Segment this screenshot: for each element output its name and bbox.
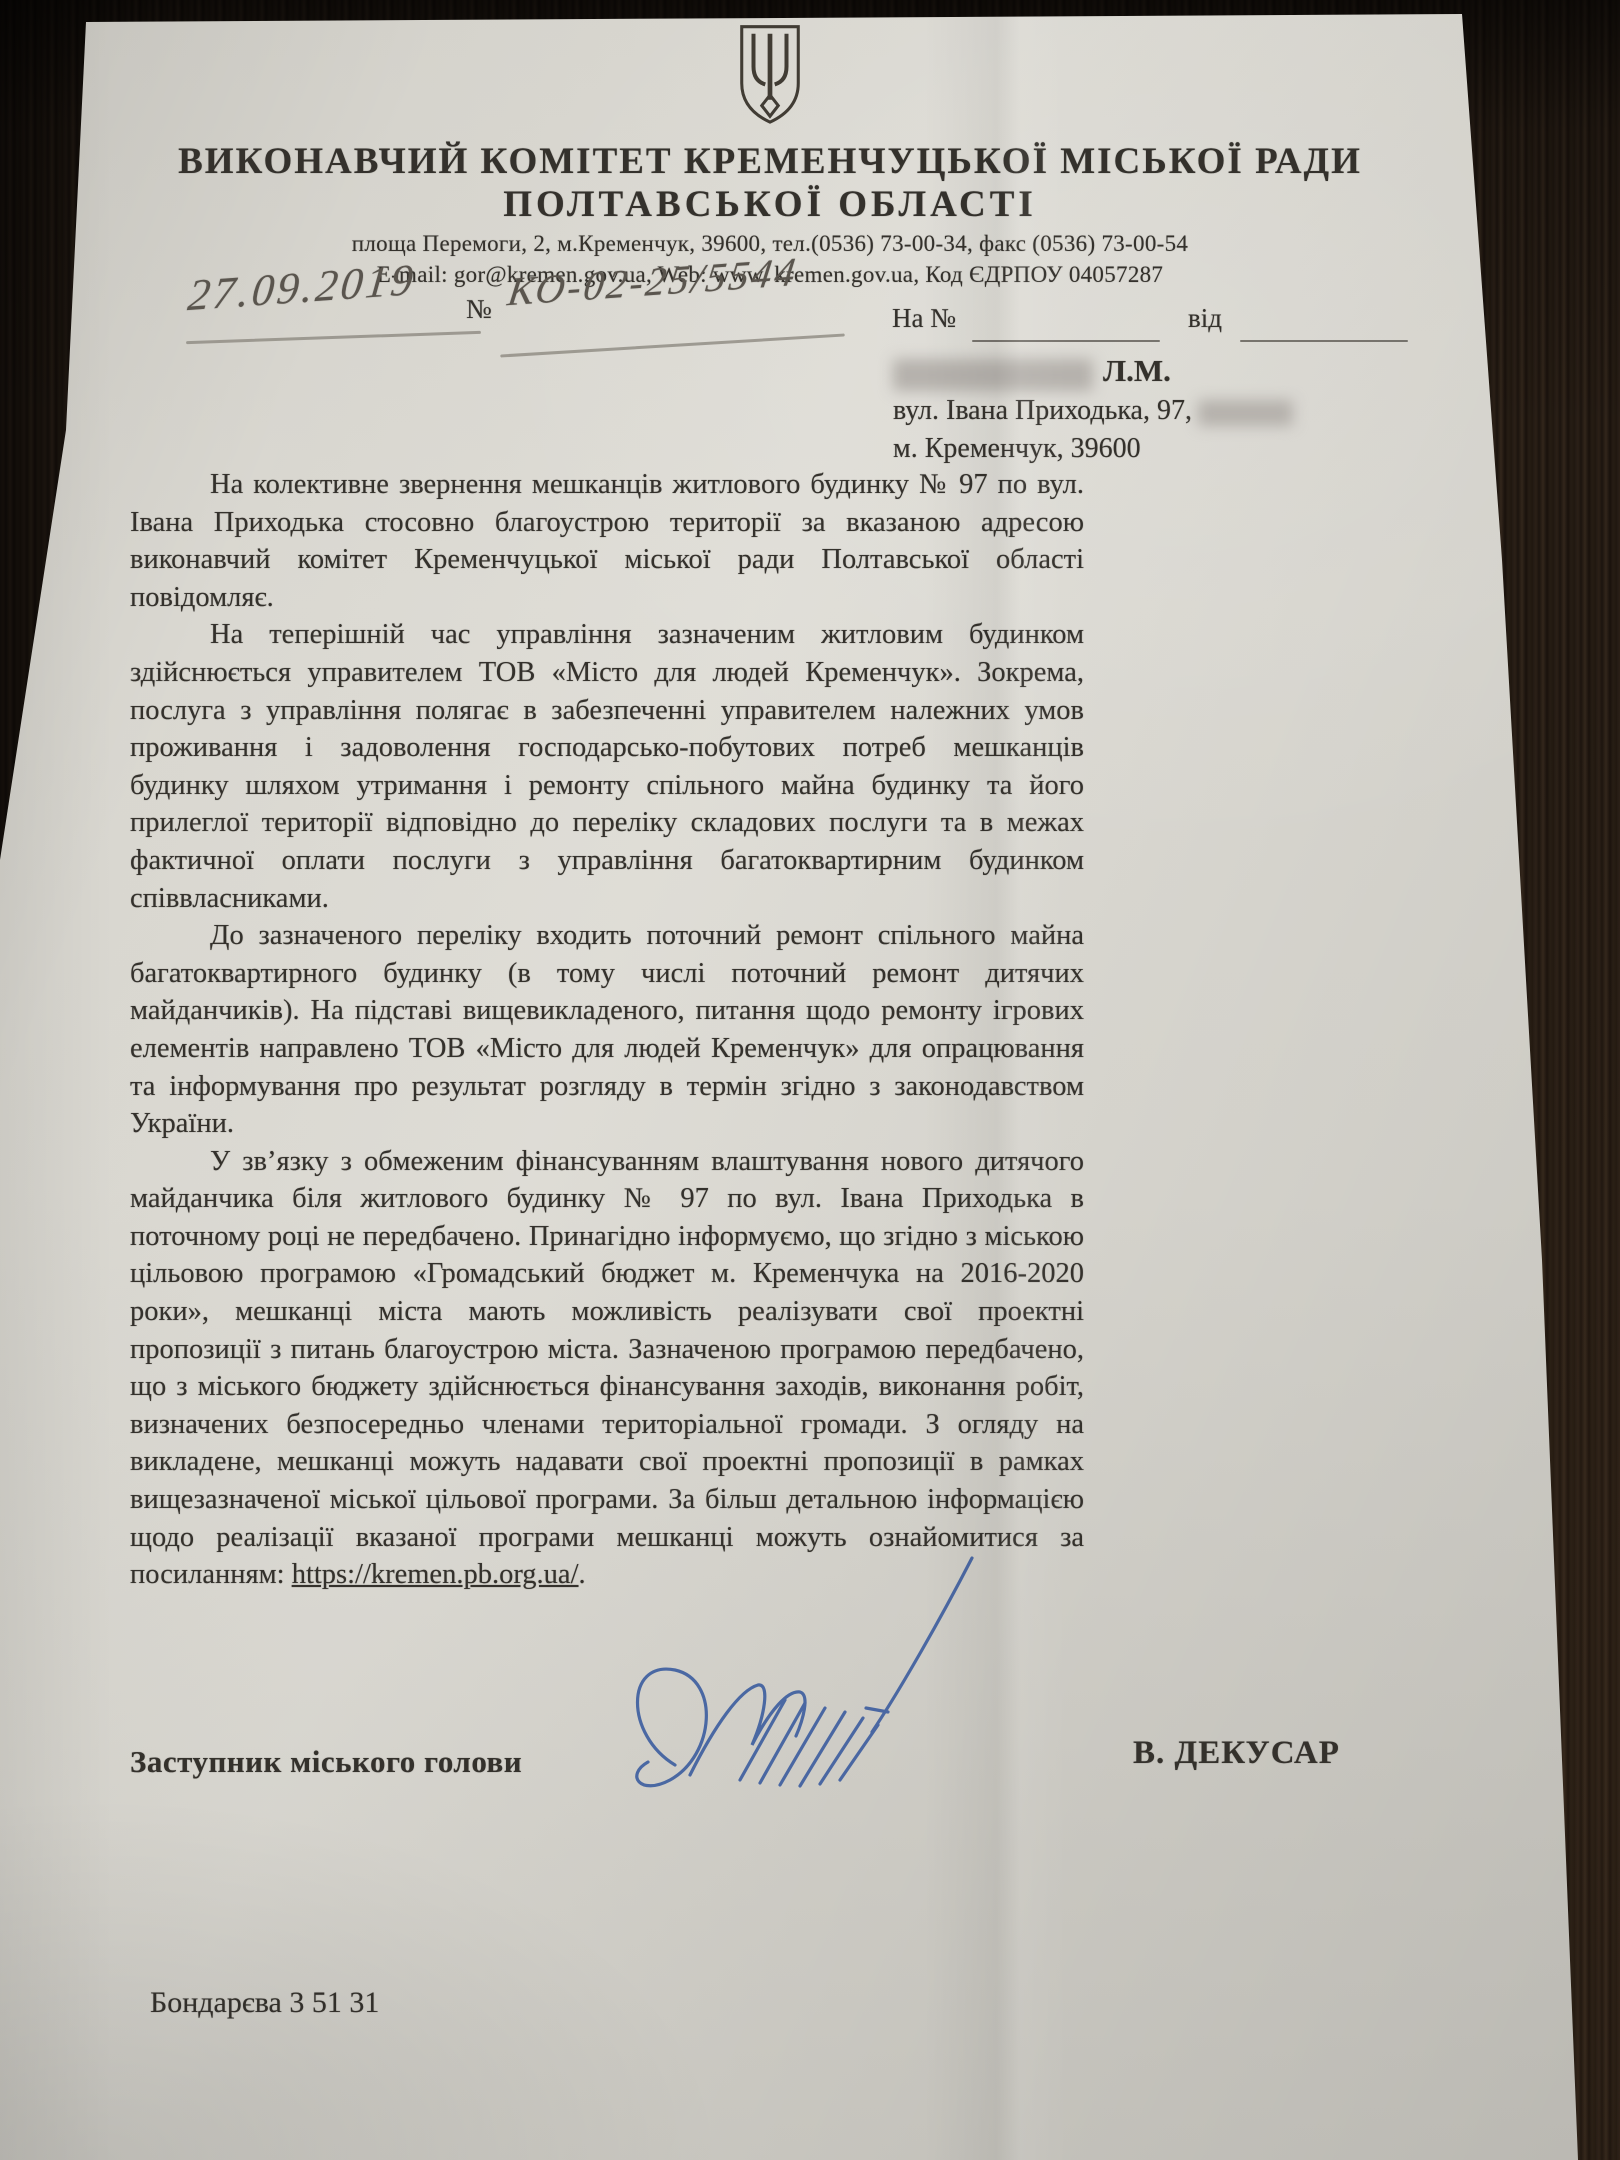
printed-link: https://kremen.pb.org.ua/	[292, 1559, 579, 1590]
paragraph-4-period: .	[579, 1559, 586, 1590]
redacted-name-blur	[893, 359, 1093, 391]
paragraph-3: До зазначеного переліку входить поточний…	[130, 917, 1084, 1143]
number-underline	[500, 333, 845, 357]
date-underline	[186, 331, 481, 344]
recipient-city-line: м. Кременчук, 39600	[893, 430, 1373, 468]
paragraph-4: У зв’язку з обмеженим фінансуванням влаш…	[130, 1143, 1084, 1594]
recipient-name-line: Л.М.	[893, 352, 1373, 392]
handwritten-date: 27.09.2019	[186, 254, 419, 321]
letter-paper-sheet: ВИКОНАВЧИЙ КОМІТЕТ КРЕМЕНЧУЦЬКОЇ МІСЬКОЇ…	[0, 0, 1620, 2160]
org-name-line1: ВИКОНАВЧИЙ КОМІТЕТ КРЕМЕНЧУЦЬКОЇ МІСЬКОЇ…	[70, 140, 1470, 183]
signer-name: В. ДЕКУСАР	[1133, 1735, 1340, 1772]
org-address-line: площа Перемоги, 2, м.Кременчук, 39600, т…	[70, 231, 1470, 257]
recipient-name-suffix: Л.М.	[1103, 353, 1171, 388]
trident-emblem-icon	[733, 22, 807, 128]
incoming-number-blank	[972, 340, 1160, 342]
signer-title: Заступник міського голови	[130, 1744, 522, 1780]
recipient-block: Л.М. вул. Івана Приходька, 97, м. Кремен…	[893, 352, 1373, 468]
letterhead: ВИКОНАВЧИЙ КОМІТЕТ КРЕМЕНЧУЦЬКОЇ МІСЬКОЇ…	[70, 20, 1470, 288]
recipient-street-line: вул. Івана Приходька, 97,	[893, 392, 1373, 430]
handwritten-outgoing-number: КО-02-25/5544	[505, 248, 801, 316]
incoming-from-label: від	[1188, 303, 1222, 334]
handwritten-signature	[620, 1540, 1020, 1830]
paragraph-4-text: У зв’язку з обмеженим фінансуванням влаш…	[130, 1146, 1084, 1591]
recipient-street-text: вул. Івана Приходька, 97,	[893, 395, 1192, 426]
org-name-line2: ПОЛТАВСЬКОЇ ОБЛАСТІ	[70, 183, 1470, 226]
redacted-apartment-blur	[1198, 400, 1293, 426]
executor-line: Бондарєва 3 51 31	[150, 1986, 379, 2020]
org-contact-line: E-mail: gor@kremen.gov.ua, Web: www. kre…	[70, 262, 1470, 288]
paragraph-2: На теперішній час управління зазначеним …	[130, 616, 1084, 917]
paragraph-1: На колективне звернення мешканців житлов…	[130, 466, 1084, 616]
incoming-number-label: На №	[892, 303, 956, 334]
number-sign: №	[466, 294, 492, 325]
photo-of-letter: ВИКОНАВЧИЙ КОМІТЕТ КРЕМЕНЧУЦЬКОЇ МІСЬКОЇ…	[0, 0, 1620, 2160]
letter-body: На колективне звернення мешканців житлов…	[130, 466, 1084, 1594]
incoming-from-blank	[1240, 340, 1408, 342]
